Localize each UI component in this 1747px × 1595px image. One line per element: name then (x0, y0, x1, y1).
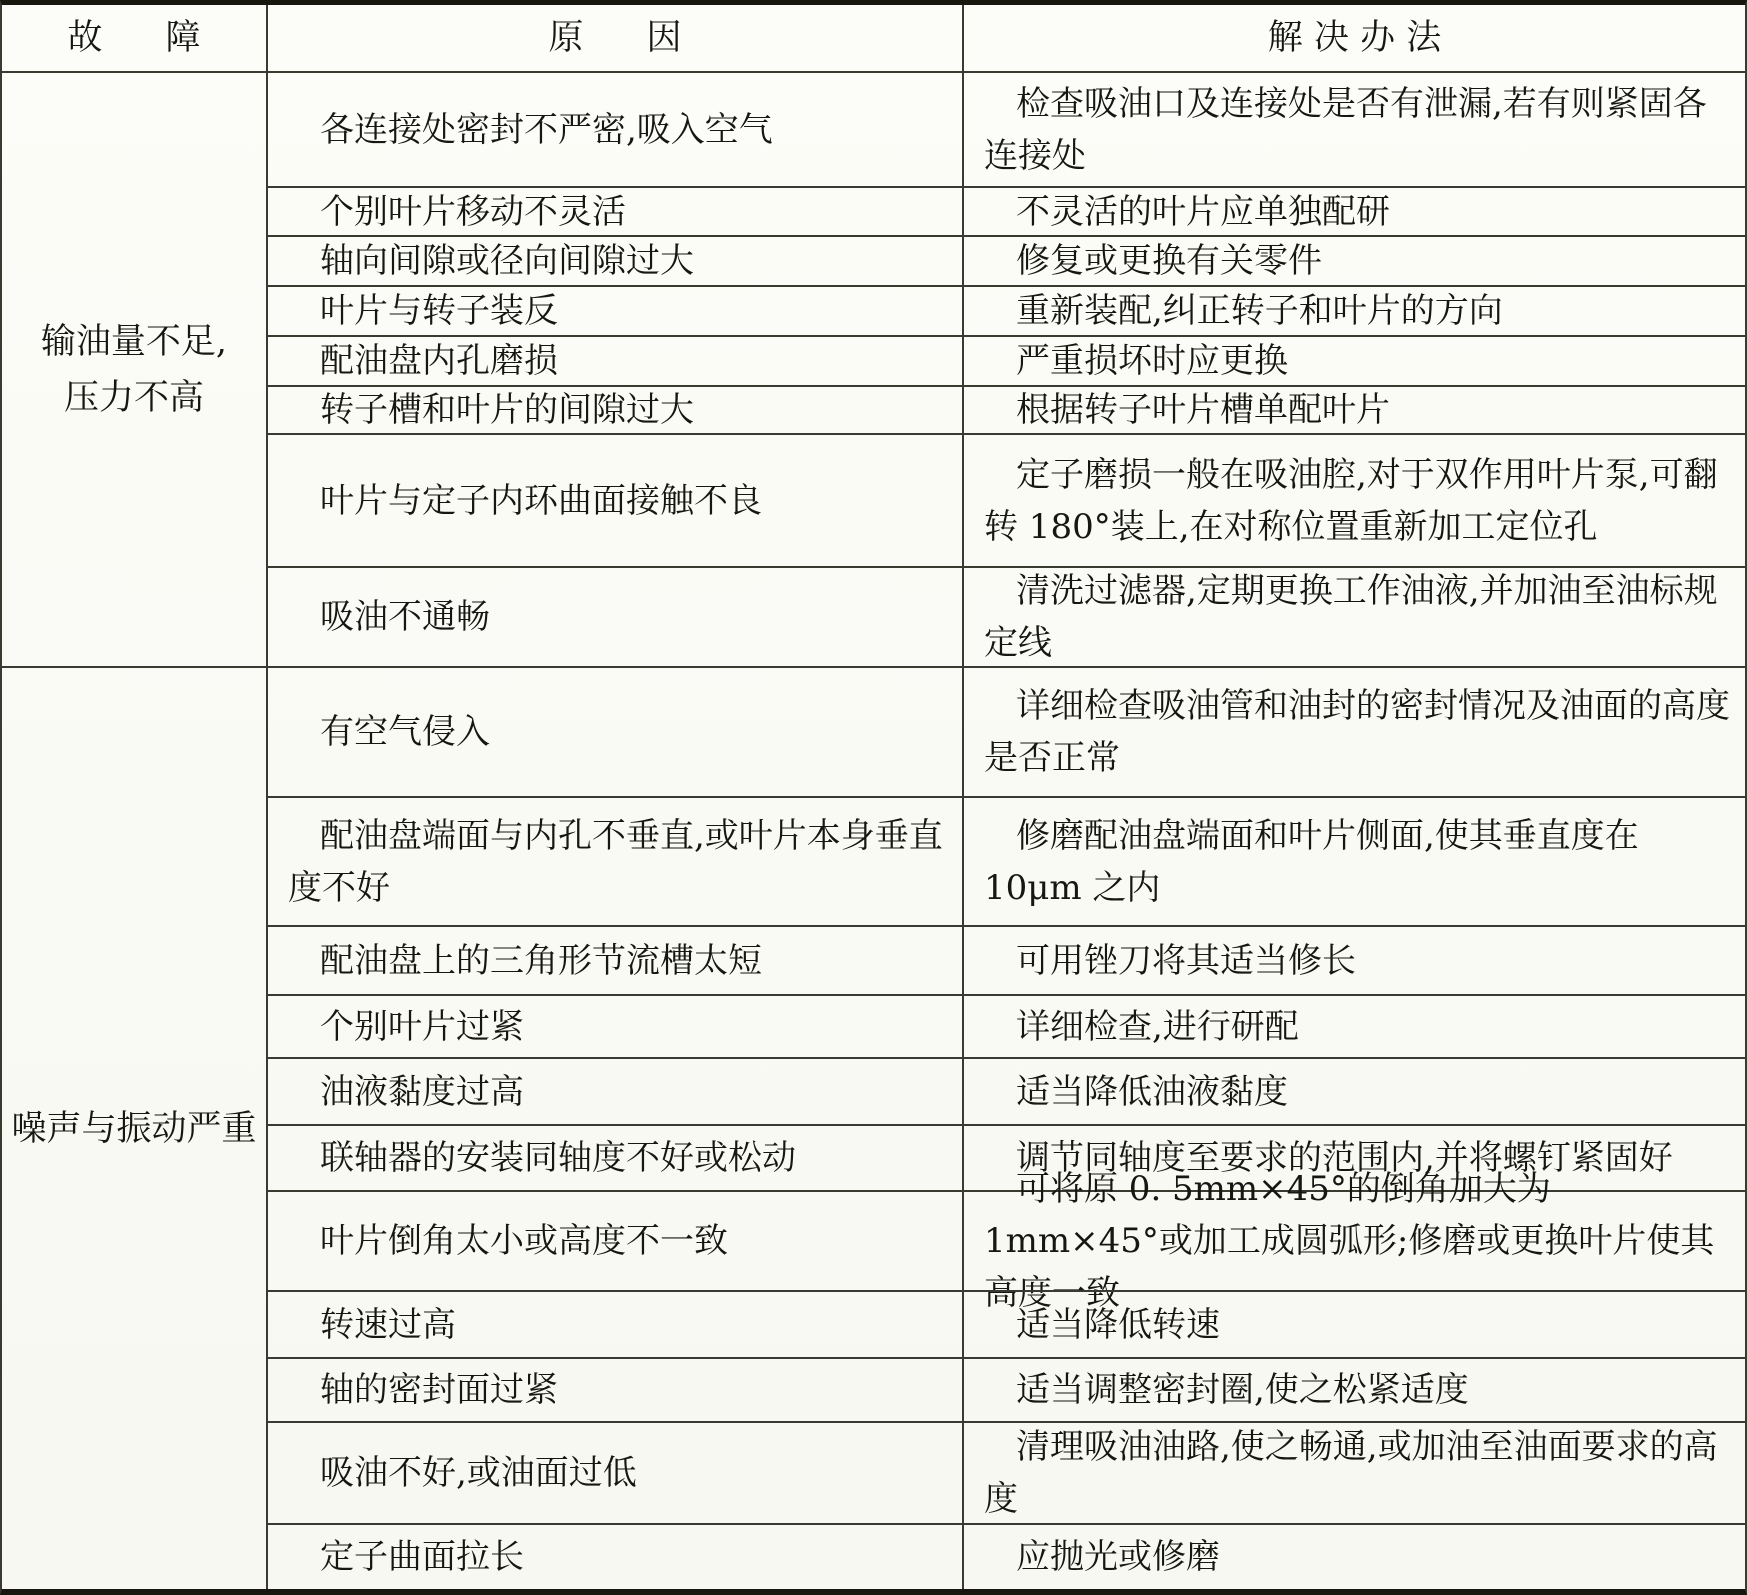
cause-cell: 转子槽和叶片的间隙过大 (266, 385, 962, 433)
cause-text: 吸油不通畅 (288, 591, 950, 643)
cause-cell: 个别叶片过紧 (266, 994, 962, 1057)
solution-text: 详细检查吸油管和油封的密封情况及油面的高度是否正常 (984, 680, 1735, 784)
cause-cell: 配油盘上的三角形节流槽太短 (266, 925, 962, 994)
cause-text: 配油盘上的三角形节流槽太短 (288, 935, 950, 987)
solution-cell: 清洗过滤器,定期更换工作油液,并加油至油标规定线 (962, 566, 1745, 666)
solution-cell: 修复或更换有关零件 (962, 235, 1745, 285)
cause-text: 定子曲面拉长 (288, 1531, 950, 1583)
solution-text: 不灵活的叶片应单独配研 (984, 186, 1735, 238)
cause-cell: 叶片与转子装反 (266, 285, 962, 335)
solution-cell: 检查吸油口及连接处是否有泄漏,若有则紧固各连接处 (962, 71, 1745, 186)
solution-text: 修复或更换有关零件 (984, 235, 1735, 287)
header-cause-label: 原因 (485, 12, 744, 64)
header-solution-label: 解决办法 (1257, 12, 1453, 64)
cause-cell: 叶片倒角太小或高度不一致 (266, 1190, 962, 1290)
solution-text: 可用锉刀将其适当修长 (984, 935, 1735, 987)
cause-cell: 轴向间隙或径向间隙过大 (266, 235, 962, 285)
solution-text: 应抛光或修磨 (984, 1531, 1735, 1583)
solution-text: 清洗过滤器,定期更换工作油液,并加油至油标规定线 (984, 565, 1735, 669)
cause-cell: 联轴器的安装同轴度不好或松动 (266, 1124, 962, 1190)
header-fault: 故障 (2, 5, 266, 71)
header-solution: 解决办法 (962, 5, 1745, 71)
solution-text: 检查吸油口及连接处是否有泄漏,若有则紧固各连接处 (984, 78, 1735, 182)
cause-cell: 转速过高 (266, 1290, 962, 1357)
solution-text: 适当降低转速 (984, 1299, 1735, 1351)
solution-text: 根据转子叶片槽单配叶片 (984, 384, 1735, 436)
header-fault-label: 故障 (4, 12, 263, 64)
solution-cell: 重新装配,纠正转子和叶片的方向 (962, 285, 1745, 335)
solution-cell: 详细检查吸油管和油封的密封情况及油面的高度是否正常 (962, 666, 1745, 796)
solution-text: 定子磨损一般在吸油腔,对于双作用叶片泵,可翻转 180°装上,在对称位置重新加工… (984, 449, 1735, 553)
cause-text: 有空气侵入 (288, 706, 950, 758)
header-cause: 原因 (266, 5, 962, 71)
solution-cell: 可用锉刀将其适当修长 (962, 925, 1745, 994)
solution-text: 适当降低油液黏度 (984, 1066, 1735, 1118)
solution-text: 严重损坏时应更换 (984, 335, 1735, 387)
solution-cell: 适当调整密封圈,使之松紧适度 (962, 1357, 1745, 1421)
cause-text: 轴向间隙或径向间隙过大 (288, 235, 950, 287)
cause-cell: 个别叶片移动不灵活 (266, 186, 962, 235)
troubleshooting-table-page: 故障 原因 解决办法 输油量不足, 压力不高 各连接处密封不严密,吸入空气 检查… (0, 0, 1747, 1595)
solution-cell: 可将原 0. 5mm×45°的倒角加大为 1mm×45°或加工成圆弧形;修磨或更… (962, 1190, 1745, 1290)
cause-cell: 配油盘端面与内孔不垂直,或叶片本身垂直度不好 (266, 796, 962, 925)
solution-text: 清理吸油油路,使之畅通,或加油至油面要求的高度 (984, 1421, 1735, 1525)
cause-cell: 油液黏度过高 (266, 1057, 962, 1124)
cause-text: 吸油不好,或油面过低 (288, 1447, 950, 1499)
cause-cell: 配油盘内孔磨损 (266, 335, 962, 385)
cause-text: 个别叶片移动不灵活 (288, 186, 950, 238)
cause-text: 联轴器的安装同轴度不好或松动 (288, 1132, 950, 1184)
cause-text: 配油盘内孔磨损 (288, 335, 950, 387)
cause-text: 轴的密封面过紧 (288, 1364, 950, 1416)
solution-cell: 根据转子叶片槽单配叶片 (962, 385, 1745, 433)
cause-cell: 叶片与定子内环曲面接触不良 (266, 433, 962, 566)
solution-text: 详细检查,进行研配 (984, 1001, 1735, 1053)
solution-cell: 修磨配油盘端面和叶片侧面,使其垂直度在 10μm 之内 (962, 796, 1745, 925)
cause-cell: 定子曲面拉长 (266, 1523, 962, 1589)
cause-cell: 轴的密封面过紧 (266, 1357, 962, 1421)
solution-cell: 适当降低转速 (962, 1290, 1745, 1357)
fault-group-noise-vibration: 噪声与振动严重 (2, 666, 266, 1589)
solution-cell: 应抛光或修磨 (962, 1523, 1745, 1589)
troubleshooting-table: 故障 原因 解决办法 输油量不足, 压力不高 各连接处密封不严密,吸入空气 检查… (0, 0, 1747, 1595)
cause-text: 个别叶片过紧 (288, 1001, 950, 1053)
solution-text: 修磨配油盘端面和叶片侧面,使其垂直度在 10μm 之内 (984, 810, 1735, 914)
solution-text: 重新装配,纠正转子和叶片的方向 (984, 285, 1735, 337)
solution-cell: 定子磨损一般在吸油腔,对于双作用叶片泵,可翻转 180°装上,在对称位置重新加工… (962, 433, 1745, 566)
solution-cell: 详细检查,进行研配 (962, 994, 1745, 1057)
fault-group-insufficient-output: 输油量不足, 压力不高 (2, 71, 266, 666)
solution-text: 适当调整密封圈,使之松紧适度 (984, 1364, 1735, 1416)
cause-text: 叶片倒角太小或高度不一致 (288, 1215, 950, 1267)
cause-text: 转子槽和叶片的间隙过大 (288, 384, 950, 436)
cause-cell: 有空气侵入 (266, 666, 962, 796)
cause-text: 配油盘端面与内孔不垂直,或叶片本身垂直度不好 (288, 810, 950, 914)
solution-cell: 不灵活的叶片应单独配研 (962, 186, 1745, 235)
solution-cell: 适当降低油液黏度 (962, 1057, 1745, 1124)
cause-text: 各连接处密封不严密,吸入空气 (288, 104, 950, 156)
cause-cell: 各连接处密封不严密,吸入空气 (266, 71, 962, 186)
solution-cell: 严重损坏时应更换 (962, 335, 1745, 385)
cause-text: 转速过高 (288, 1299, 950, 1351)
solution-cell: 清理吸油油路,使之畅通,或加油至油面要求的高度 (962, 1421, 1745, 1523)
cause-text: 叶片与定子内环曲面接触不良 (288, 475, 950, 527)
cause-text: 油液黏度过高 (288, 1066, 950, 1118)
cause-text: 叶片与转子装反 (288, 285, 950, 337)
cause-cell: 吸油不通畅 (266, 566, 962, 666)
cause-cell: 吸油不好,或油面过低 (266, 1421, 962, 1523)
